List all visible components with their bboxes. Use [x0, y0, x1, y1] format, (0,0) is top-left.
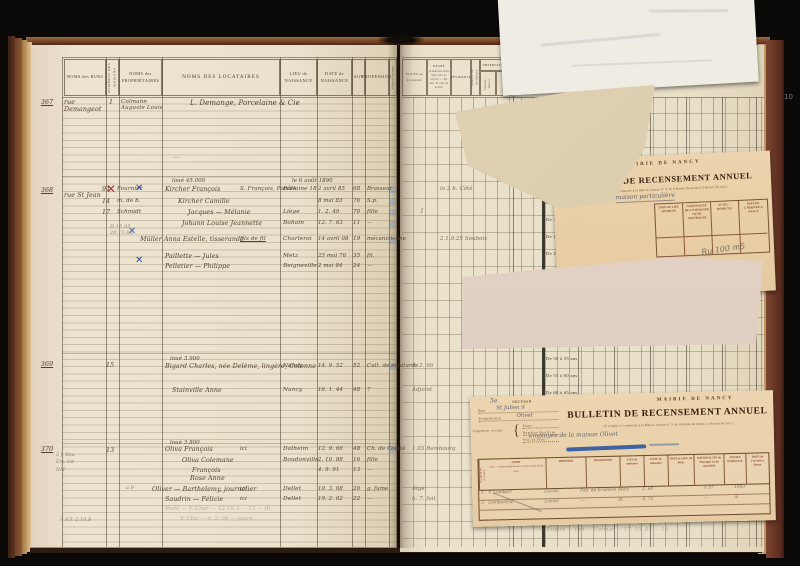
- tenant-name: Kircher François: [165, 186, 220, 193]
- tenant-name: Pelletier — Philippe: [165, 263, 230, 270]
- profession-value: —: [367, 263, 373, 269]
- tenant-name: Paillette — Jules: [165, 253, 219, 260]
- mairie-heading: MAIRIE DE NANCY: [620, 395, 770, 403]
- age-value: 48: [353, 387, 360, 393]
- header-degre-title: DEGRÉ d'instruction: [429, 64, 449, 74]
- pencil-prenom: Lucien: [544, 489, 559, 494]
- tenant-name: Saudrin — Félicie: [165, 496, 223, 503]
- tenant-name: Stainville Anne: [172, 387, 222, 394]
- birthdate: 1. 2. 49: [318, 209, 339, 215]
- header-culte: CULTE ou Croyance: [402, 59, 427, 96]
- pencil-row-number: 2: [481, 501, 484, 506]
- house-number: 1: [109, 99, 113, 106]
- pencil-lieu: id.: [618, 498, 624, 503]
- birthdate: 16. 1. 44: [318, 387, 343, 393]
- birthdate: 19. 2. 02: [318, 496, 343, 502]
- street-name: rue Demangeot: [64, 99, 104, 113]
- header-degre: DEGRÉ d'instruction Sait lire et écrire …: [427, 59, 451, 96]
- birthplace: Dellet: [283, 486, 301, 492]
- age-value: 19: [353, 236, 360, 242]
- blue-tick: [390, 209, 396, 216]
- pencil-profession: —: [580, 498, 584, 503]
- header-profession: PROFESSION: [365, 59, 389, 96]
- pencil-name: V. Lambert: [488, 490, 512, 496]
- header-lieu-naissance: LIEU de NAISSANCE: [280, 59, 317, 96]
- birthdate: 14. 9. 52: [318, 363, 343, 369]
- tenant-extra: ici: [240, 496, 247, 502]
- handwritten-dwelling-type: maison particulière: [616, 192, 676, 204]
- birthdate: 2. 10. 88: [318, 457, 343, 463]
- margin-pencil-date: A.V.T. 2.10.8: [60, 518, 91, 523]
- tenant-extra: fils de fil: [240, 236, 266, 242]
- profession-value: S.p.: [367, 198, 378, 204]
- brace-glyph: {: [513, 423, 521, 440]
- age-value: 48: [353, 446, 360, 452]
- blue-pencil-stroke: [649, 443, 679, 446]
- bulletin-title: BULLETIN DE RECENSEMENT ANNUEL: [563, 406, 771, 421]
- profession-value: fille: [367, 457, 378, 463]
- tenant-name: Oliva Colemane: [182, 457, 234, 464]
- tenant-name: Jacques — Mélanie: [188, 209, 251, 216]
- pencil-arrivee: id.: [734, 495, 740, 500]
- tenant-extra: ici: [240, 486, 247, 492]
- handwritten-section-value: 5e: [490, 397, 498, 404]
- archive-frame-number: 10: [784, 93, 793, 101]
- tenant-name: Rose Anne: [190, 475, 225, 482]
- pencil-date: 2. 68: [642, 487, 653, 492]
- stat-pencil-note: Algé.: [412, 486, 426, 492]
- blue-tick: [390, 186, 396, 193]
- header-observations: Observations: [389, 59, 397, 96]
- profession-value: Brasseur: [367, 186, 392, 192]
- birthdate: 8 mai 83: [318, 198, 343, 204]
- faded-pencil-row: Riehl — P. Clair — 12.10.3 — 13 — fil.: [165, 506, 272, 512]
- age-value: 13: [353, 467, 360, 473]
- birthplace: Liège: [283, 209, 300, 215]
- rent-note: loué 45.000: [172, 178, 205, 184]
- entry-separator: [62, 353, 397, 354]
- tenant-extra: S. François, Porcelaine 18: [240, 186, 317, 192]
- tenant-name: François: [192, 467, 221, 474]
- age-value: 11: [353, 220, 360, 226]
- scanned-census-register-photo: NOMS des RUES NUMÉROS DES MAISONS NOMS d…: [0, 0, 800, 566]
- mini-col-deces: DATE AU LIEU DU DÉCÈS: [655, 203, 685, 256]
- header-rues: NOMS des RUES: [64, 59, 106, 96]
- pencil-domicile: —: [704, 496, 708, 501]
- header-annees-residence: Années de résidence: [471, 59, 480, 96]
- col-prenoms: PRÉNOMS: [546, 457, 587, 488]
- col-domicile: ANCIEN DOMICILE: [724, 454, 747, 484]
- birthplace: Nancy: [283, 363, 302, 369]
- age-bracket-label: De 50 à 55 ans: [546, 356, 578, 361]
- age-value: 76: [353, 198, 360, 204]
- header-maisons: NUMÉROS DES MAISONS: [106, 59, 119, 96]
- profession-value: g. fume: [367, 486, 388, 492]
- pencil-domicile: r. 57: [704, 485, 714, 490]
- age-value: 68: [353, 186, 360, 192]
- stat-pencil-note: h. 7. fait: [412, 496, 436, 502]
- entry-separator: [62, 443, 397, 444]
- birthdate: 25 mai 76: [318, 253, 346, 259]
- ink-squiggle: ﹏: [173, 150, 179, 159]
- birthdate: 10. 3. 08: [318, 486, 343, 492]
- col-profession: PROFESSION: [586, 457, 621, 488]
- birthdate: 12. 9. 66: [318, 446, 343, 452]
- handwritten-rue-value: St Julien 9: [496, 405, 525, 412]
- birthdate: 2 mai 84: [318, 263, 343, 269]
- stat-pencil-note: 3. 2. 66: [412, 363, 433, 369]
- tenant-name: Johann Louise Jeannette: [182, 220, 262, 227]
- profession-value: fille: [367, 209, 378, 215]
- margin-pencil-note: la 2 b. Côté: [440, 186, 473, 192]
- faded-pencil-row: V. Clin — 4. 2. 06 — journ.: [180, 516, 254, 522]
- logement-label: Logement occupé: [473, 428, 511, 433]
- tenant-name: Müller Anna Estelle, tisserande: [140, 236, 244, 243]
- birthplace: Charleroi: [283, 236, 312, 242]
- col-lieu: LIEU de naissance: [620, 456, 645, 487]
- col-date: DATE de naissance: [644, 456, 669, 487]
- margin-pencil-note: 2.1.9.25 Soubois: [440, 236, 487, 242]
- profession-value: —: [367, 220, 373, 226]
- birthplace: Dellet: [283, 496, 301, 502]
- rp-header-top-rule: [402, 57, 512, 58]
- birthplace: Nancy: [283, 387, 302, 393]
- tenant-name: Oliva François: [165, 446, 213, 453]
- blue-pencil-stroke: [566, 444, 646, 451]
- blue-tick: [390, 221, 396, 228]
- pencil-date: 4. 72: [642, 497, 653, 502]
- birthplace: Dalheim: [283, 446, 308, 452]
- age-value: 20: [353, 486, 360, 492]
- pencil-profession: Fab. de broderie: [580, 488, 616, 494]
- header-bottom-rule: [62, 97, 397, 98]
- tenant-name: L. Demange, Porcelaine & Cie: [190, 99, 300, 107]
- col-noms: NOMS (Nota. — Chaque famille doit être i…: [486, 458, 547, 489]
- date-note: le 6 août 1890: [292, 178, 333, 184]
- birthplace: Beigneville: [283, 263, 317, 269]
- pencil-name: Lambertine: [488, 500, 513, 506]
- table-bottom-rule: [31, 547, 397, 548]
- birthplace: Metz: [283, 253, 298, 259]
- age-value: 24: [353, 263, 360, 269]
- birthdate: 12. 7. 63: [318, 220, 343, 226]
- proprietor-name: Colmann Auguste Louis: [121, 99, 163, 111]
- birthdate: 4. 9. 91: [318, 467, 339, 473]
- pencil-arrivee: 1903: [734, 485, 745, 490]
- col-nationalite: NATIONALITÉ de l'étranger ou du naturali…: [694, 454, 725, 485]
- profession-value: mécanicienne: [367, 236, 406, 242]
- age-value: 35: [353, 253, 360, 259]
- pencil-prenom: Louise: [544, 499, 558, 504]
- bleed-through-mark: [572, 59, 712, 66]
- col-noms-note: (Nota. — Chaque famille doit être inscri…: [489, 465, 543, 473]
- col-arrivee: DATE de l'arrivée à Nancy: [746, 453, 769, 483]
- ledger-row: Bigard Charles, née Delème, lingère, Col…: [0, 363, 800, 374]
- header-top-rule: [62, 57, 397, 58]
- loose-white-slip: [497, 0, 759, 96]
- birthplace: Bohain: [283, 220, 304, 226]
- header-residence: RÉSIDENCE: [451, 59, 471, 96]
- etage-label: Étage: [523, 423, 559, 429]
- header-sourds-muets: Sourds-muets: [480, 71, 496, 96]
- handwritten-proprietaire-value: Olivet: [516, 413, 532, 419]
- blue-tick: [390, 237, 396, 244]
- header-degre-sub: Sait lire et écrire — Ne sait ni lire ni…: [429, 74, 449, 91]
- entry-separator: [62, 176, 397, 177]
- age-value: 22: [353, 496, 360, 502]
- bulletin-subtitle: (À remplir et à remettre à la Mairie, bu…: [566, 420, 771, 429]
- age-value: 16: [353, 457, 360, 463]
- age-value: 52: [353, 363, 360, 369]
- profession-value: Cult. de moutarde: [367, 363, 418, 369]
- profession-value: 7: [367, 387, 371, 393]
- bottom-pencil-row: a. Lugint — fort — Colmar — 17. 10. 03 —…: [540, 527, 668, 533]
- profession-value: Ch. de Comté: [367, 446, 405, 452]
- pencil-row-number: 1: [481, 491, 484, 496]
- birthplace: Boudonville: [283, 457, 319, 463]
- birthdate: 2 avril 85: [318, 186, 345, 192]
- rent-note: loué 3.900: [170, 356, 200, 362]
- tenant-extra: ici: [240, 446, 247, 452]
- col-deces: DATE et LIEU du décès: [668, 455, 695, 486]
- handwritten-occupants-line: employés de la maison Olivet: [529, 431, 618, 440]
- header-date-naissance: DATE de NAISSANCE: [317, 59, 352, 96]
- col-noms-title: NOMS: [512, 460, 521, 464]
- profession-value: —: [367, 496, 373, 502]
- table-row-rule: [479, 493, 769, 501]
- bulletin-recensement-2: 5e SECTION Rue St Julien 9 Propriétaire …: [470, 390, 776, 527]
- stat-pencil-note: 1.03 Rembourg: [412, 446, 456, 452]
- profession-value: —: [367, 467, 373, 473]
- bleed-through-mark: [540, 33, 660, 47]
- birthdate: 14 avril 08: [318, 236, 349, 242]
- col-numeros: NUMÉROS d'ordre: [478, 460, 487, 490]
- tenant-name: Kircher Camille: [178, 198, 230, 205]
- age-value: 70: [353, 209, 360, 215]
- row-number: 367: [36, 98, 58, 106]
- section-label: SECTION: [512, 400, 532, 404]
- birthplace: Bâle: [283, 186, 296, 192]
- bleed-through-mark: [649, 9, 729, 12]
- header-proprietaires: NOMS des PROPRIÉTAIRES: [119, 59, 162, 96]
- blue-tick: [390, 198, 396, 205]
- profession-value: fil.: [367, 253, 375, 259]
- header-locataires: NOMS DES LOCATAIRES: [162, 59, 280, 96]
- pencil-lieu: Metz: [618, 487, 629, 492]
- stat-pencil-note: Adjoint: [412, 387, 432, 393]
